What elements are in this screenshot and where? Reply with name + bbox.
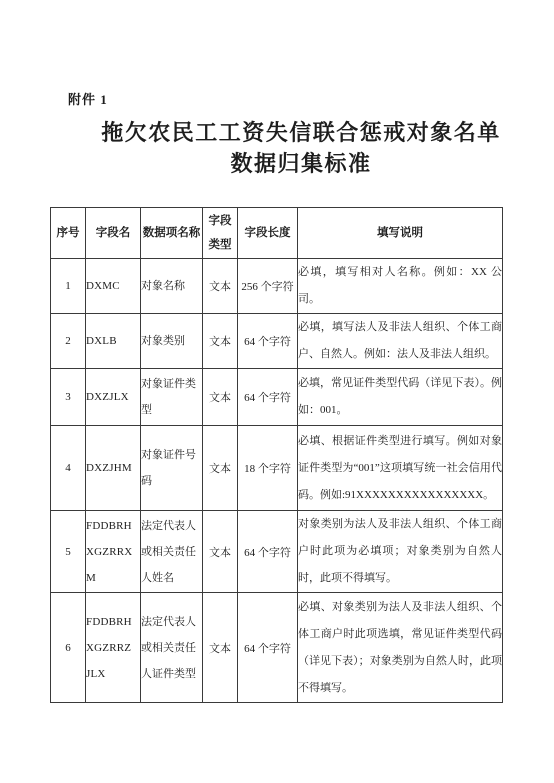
- cell-field-name: FDDBRH XGZRRX M: [86, 511, 141, 593]
- table-header-row: 序号 字段名 数据项名称 字段类型 字段长度 填写说明: [51, 208, 503, 259]
- cell-field-name: DXLB: [86, 314, 141, 369]
- cell-description: 必填、对象类别为法人及非法人组织、个体工商户时此项选填，常见证件类型代码（详见下…: [298, 593, 503, 703]
- cell-field-length: 64 个字符: [238, 511, 298, 593]
- cell-field-length: 64 个字符: [238, 314, 298, 369]
- cell-field-type: 文本: [203, 259, 238, 314]
- cell-field-name: FDDBRH XGZRRZ JLX: [86, 593, 141, 703]
- table-row: 5 FDDBRH XGZRRX M 法定代表人或相关责任人姓名 文本 64 个字…: [51, 511, 503, 593]
- cell-item-name: 对象证件号码: [141, 426, 203, 511]
- header-cell-desc: 填写说明: [298, 208, 503, 259]
- table-row: 2 DXLB 对象类别 文本 64 个字符 必填，填写法人及非法人组织、个体工商…: [51, 314, 503, 369]
- title-line-1: 拖欠农民工工资失信联合惩戒对象名单: [50, 117, 552, 148]
- cell-field-name: DXZJHM: [86, 426, 141, 511]
- cell-description: 必填，常见证件类型代码（详见下表）。例如：001。: [298, 369, 503, 426]
- header-cell-item: 数据项名称: [141, 208, 203, 259]
- cell-description: 必填、根据证件类型进行填写。例如对象证件类型为“001”这项填写统一社会信用代码…: [298, 426, 503, 511]
- header-cell-field: 字段名: [86, 208, 141, 259]
- cell-field-length: 18 个字符: [238, 426, 298, 511]
- cell-description: 必填，填写法人及非法人组织、个体工商户、自然人。例如：法人及非法人组织。: [298, 314, 503, 369]
- document-page: 附件 1 拖欠农民工工资失信联合惩戒对象名单 数据归集标准 序号 字段名 数据项…: [0, 0, 554, 783]
- table-row: 3 DXZJLX 对象证件类型 文本 64 个字符 必填，常见证件类型代码（详见…: [51, 369, 503, 426]
- table-row: 4 DXZJHM 对象证件号码 文本 18 个字符 必填、根据证件类型进行填写。…: [51, 426, 503, 511]
- cell-no: 5: [51, 511, 86, 593]
- cell-field-name: DXMC: [86, 259, 141, 314]
- attachment-label: 附件 1: [68, 89, 108, 108]
- title-line-2: 数据归集标准: [50, 148, 552, 179]
- data-standard-table: 序号 字段名 数据项名称 字段类型 字段长度 填写说明 1 DXMC 对象名称 …: [50, 207, 503, 703]
- cell-item-name: 对象类别: [141, 314, 203, 369]
- cell-field-length: 64 个字符: [238, 593, 298, 703]
- cell-no: 1: [51, 259, 86, 314]
- cell-field-type: 文本: [203, 369, 238, 426]
- cell-no: 2: [51, 314, 86, 369]
- cell-item-name: 对象证件类型: [141, 369, 203, 426]
- cell-field-name: DXZJLX: [86, 369, 141, 426]
- cell-item-name: 法定代表人或相关责任人姓名: [141, 511, 203, 593]
- cell-item-name: 对象名称: [141, 259, 203, 314]
- cell-description: 对象类别为法人及非法人组织、个体工商户时此项为必填项；对象类别为自然人时，此项不…: [298, 511, 503, 593]
- cell-field-type: 文本: [203, 426, 238, 511]
- cell-no: 3: [51, 369, 86, 426]
- cell-field-length: 256 个字符: [238, 259, 298, 314]
- header-cell-type: 字段类型: [203, 208, 238, 259]
- cell-field-type: 文本: [203, 314, 238, 369]
- table-row: 6 FDDBRH XGZRRZ JLX 法定代表人或相关责任人证件类型 文本 6…: [51, 593, 503, 703]
- header-cell-no: 序号: [51, 208, 86, 259]
- cell-field-length: 64 个字符: [238, 369, 298, 426]
- cell-no: 4: [51, 426, 86, 511]
- document-title: 拖欠农民工工资失信联合惩戒对象名单 数据归集标准: [50, 117, 552, 179]
- cell-field-type: 文本: [203, 511, 238, 593]
- header-cell-length: 字段长度: [238, 208, 298, 259]
- cell-field-type: 文本: [203, 593, 238, 703]
- cell-description: 必填，填写相对人名称。例如：XX 公司。: [298, 259, 503, 314]
- cell-no: 6: [51, 593, 86, 703]
- table-row: 1 DXMC 对象名称 文本 256 个字符 必填，填写相对人名称。例如：XX …: [51, 259, 503, 314]
- cell-item-name: 法定代表人或相关责任人证件类型: [141, 593, 203, 703]
